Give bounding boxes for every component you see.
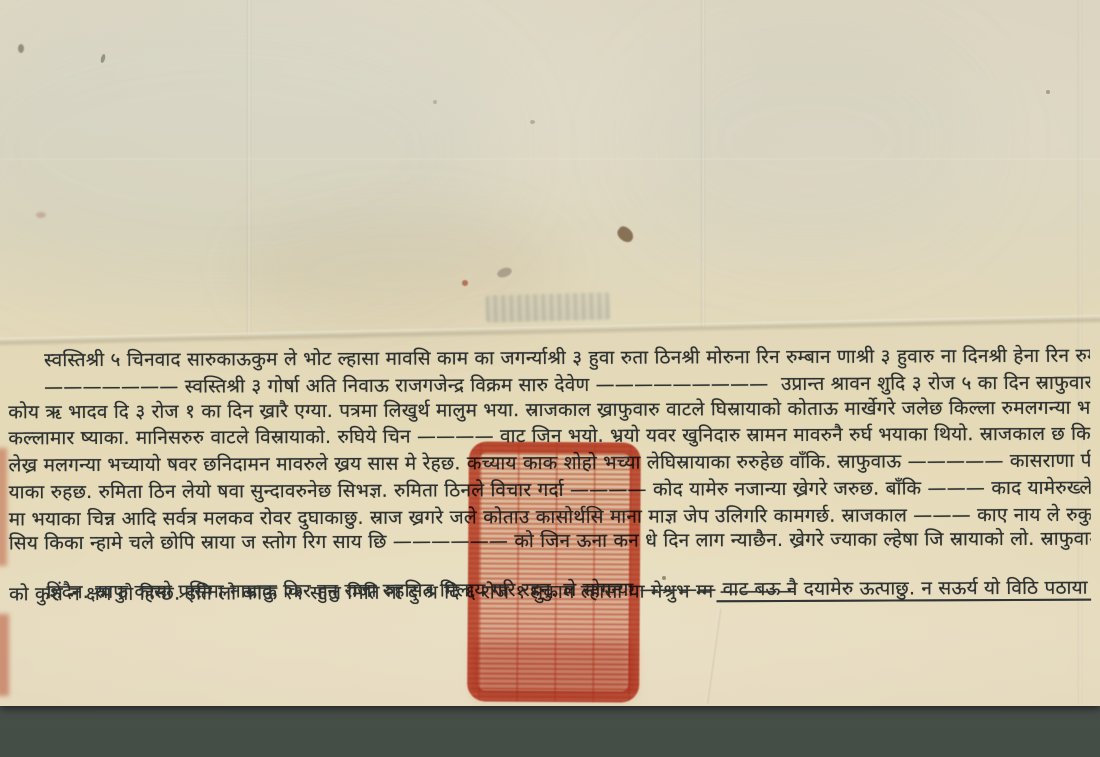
red-royal-seal-lower-impression — [474, 640, 634, 698]
manuscript-line: कोय ऋ भादव दि ३ रोज १ का दिन ख्रारै एग्य… — [8, 396, 1090, 425]
manuscript-line: स्वस्तिश्री ५ चिनवाद सारुकाऊकुम ले भोट ल… — [44, 344, 1090, 373]
photograph-backdrop: स्वस्तिश्री ५ चिनवाद सारुकाऊकुम ले भोट ल… — [0, 0, 1100, 757]
manuscript-line: ——————— स्वस्तिश्री ३ गोर्षा अति निवाऊ र… — [44, 371, 1090, 400]
